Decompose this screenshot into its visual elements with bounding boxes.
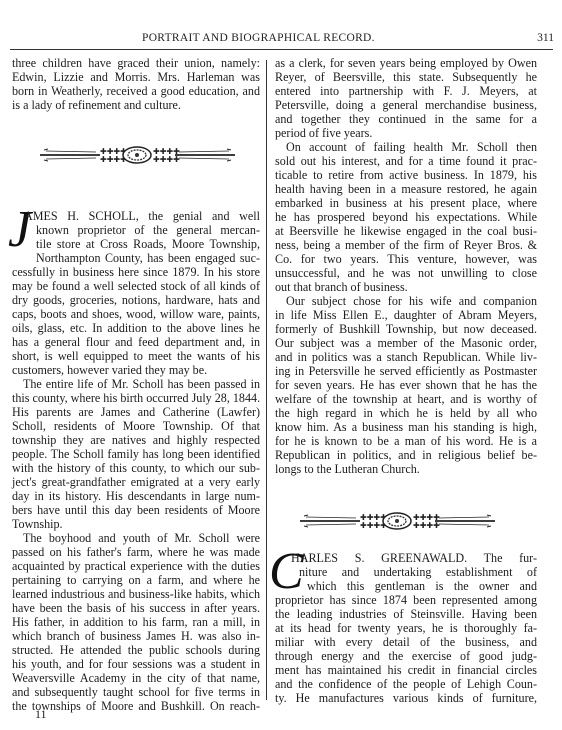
- text-line: know him. As a business man his standing…: [275, 420, 537, 434]
- text-line: he has prospered beyond his expectations…: [275, 210, 537, 224]
- text-line: in life Miss Ellen E., daughter of Abram…: [275, 308, 537, 322]
- text-line: ty. He manufactures various kinds of fur…: [275, 691, 537, 705]
- header-rule: [10, 49, 553, 50]
- text-line: at its head for twenty years, he is thor…: [275, 621, 537, 635]
- text-line: Township.: [12, 517, 260, 531]
- column-divider: [266, 60, 267, 700]
- text-line: niture and undertaking establishment of: [275, 565, 537, 579]
- text-line: health having been in a measure restored…: [275, 182, 537, 196]
- text-line: The boyhood and youth of Mr. Scholl were: [12, 531, 260, 545]
- text-line: His father, in addition to his farm, ran…: [12, 615, 260, 629]
- text-line: and in politics was a stanch Republican.…: [275, 350, 537, 364]
- text-line: acquainted by practical experience with …: [12, 559, 260, 573]
- running-title: PORTRAIT AND BIOGRAPHICAL RECORD.: [142, 32, 375, 44]
- text-line: structed. He attended the public schools…: [12, 643, 260, 657]
- text-line: customers, however varied they may be.: [12, 363, 260, 377]
- text-line: unsuccessful, and he was not unwilling t…: [275, 266, 537, 280]
- text-line: the leading industries of Steinsville. H…: [275, 607, 537, 621]
- text-line: Our subject chose for his wife and compa…: [275, 294, 537, 308]
- text-line: short, is well equipped to meet the want…: [12, 349, 260, 363]
- text-line: sold out his interest, and for a time fo…: [275, 154, 537, 168]
- text-line: On account of failing health Mr. Scholl …: [275, 140, 537, 154]
- text-line: through energy and the exercise of good …: [275, 649, 537, 663]
- text-line: which this gentleman is the owner and: [275, 579, 537, 593]
- text-line: Scholl, residents of Moore Township. Of …: [12, 419, 260, 433]
- text-line: Edwin, Lizzie and Morris. Mrs. Harleman …: [12, 70, 260, 84]
- text-line: his youth, and for four sessions was a s…: [12, 657, 260, 671]
- text-line: learned industrious and business-like ha…: [12, 587, 260, 601]
- text-line: Reyer, of Beersville, this state. Subseq…: [275, 70, 537, 84]
- text-line: Our subject was a member of the Masonic …: [275, 336, 537, 350]
- ornamental-divider-icon: ✚✚✚✚ ✚✚✚✚ ✚✚✚✚ ✚✚✚✚: [40, 145, 235, 165]
- text-line: born in Weatherly, received a good educa…: [12, 84, 260, 98]
- text-line: His parents are James and Catherine (Law…: [12, 405, 260, 419]
- text-line: people. The Scholl family has long been …: [12, 447, 260, 461]
- text-line: and subsequently taught school for five …: [12, 685, 260, 699]
- text-line: Weaversville Academy in the city of that…: [12, 671, 260, 685]
- text-line: proprietor has since 1874 been represent…: [275, 593, 537, 607]
- text-line: is a lady of refinement and culture.: [12, 98, 260, 112]
- text-line: known proprietor of the general mercan-: [12, 223, 260, 237]
- text-line: and together they continued in the same …: [275, 112, 537, 126]
- text-line: for seven years. He has ever shown that …: [275, 378, 537, 392]
- text-line: embarked in business at his present plac…: [275, 196, 537, 210]
- text-line: caps, boots and shoes, wood, willow ware…: [12, 307, 260, 321]
- text-line: oils, glass, etc. In addition to the abo…: [12, 321, 260, 335]
- text-line: The entire life of Mr. Scholl has been p…: [12, 377, 260, 391]
- text-line: Northampton County, has been engaged suc…: [12, 251, 260, 265]
- text-line: as a clerk, for seven years being employ…: [275, 56, 537, 70]
- signature-mark: 11: [35, 707, 47, 722]
- text-line: cessfully in business here since 1879. I…: [12, 265, 260, 279]
- bio-heading-line: AMES H. SCHOLL, the genial and well: [12, 209, 260, 223]
- text-line: passed on his father's farm, where he wa…: [12, 545, 260, 559]
- text-line: this county, where his birth occurred Ju…: [12, 391, 260, 405]
- text-line: out that branch of business.: [275, 280, 537, 294]
- text-line: dry goods, groceries, notions, hardware,…: [12, 293, 260, 307]
- text-line: formerly of Bushkill Township, but now d…: [275, 322, 537, 336]
- svg-text:✚✚✚✚: ✚✚✚✚: [413, 521, 440, 530]
- text-line: period of five years.: [275, 126, 537, 140]
- text-line: which branch of business James H. was al…: [12, 629, 260, 643]
- page-number: 311: [537, 32, 554, 44]
- text-line: have been the basis of his success in af…: [12, 601, 260, 615]
- text-line: Co. for two years. This venture, however…: [275, 252, 537, 266]
- text-line: ment has maintained his credit in financ…: [275, 663, 537, 677]
- text-line: pertaining to carrying on a farm, and wh…: [12, 573, 260, 587]
- text-line: township they are natives and highly res…: [12, 433, 260, 447]
- text-line: with the history of this county, to whic…: [12, 461, 260, 475]
- ornamental-divider-icon: ✚✚✚✚ ✚✚✚✚ ✚✚✚✚ ✚✚✚✚: [300, 511, 495, 531]
- text-line: ing in Petersville he served efficiently…: [275, 364, 537, 378]
- text-line: Republican in politics, and in religious…: [275, 448, 537, 462]
- text-line: day in its history. His descendants in l…: [12, 489, 260, 503]
- running-header: PORTRAIT AND BIOGRAPHICAL RECORD. 311: [10, 24, 554, 54]
- text-line: ness, being a member of the firm of Reye…: [275, 238, 537, 252]
- text-line: three children have graced their union, …: [12, 56, 260, 70]
- text-line: entered into partnership with F. J. Meye…: [275, 84, 537, 98]
- text-line: welfare of the township at heart, and is…: [275, 392, 537, 406]
- text-line: for he is known to be a man of his word.…: [275, 434, 537, 448]
- text-line: Petersville, doing a general merchandise…: [275, 98, 537, 112]
- text-line: at Beersville he likewise engaged in the…: [275, 224, 537, 238]
- svg-text:✚✚✚✚: ✚✚✚✚: [153, 155, 180, 164]
- text-line: longs to the Lutheran Church.: [275, 462, 537, 476]
- text-line: and the confidence of the people of Lehi…: [275, 677, 537, 691]
- text-line: the townships of Moore and Bushkill. On …: [12, 699, 260, 713]
- text-line: miliar with every detail of the business…: [275, 635, 537, 649]
- bio-heading-line: HARLES S. GREENAWALD. The fur-: [275, 551, 537, 565]
- text-line: has a general flour and feed department …: [12, 335, 260, 349]
- text-line: ticable to retire from active business. …: [275, 168, 537, 182]
- text-line: may be found a well selected stock of al…: [12, 279, 260, 293]
- text-line: tile store at Cross Roads, Moore Townshi…: [12, 237, 260, 251]
- text-line: ject's great-grandfather emigrated at a …: [12, 475, 260, 489]
- text-line: the high regard in which he is held by a…: [275, 406, 537, 420]
- text-line: bers have until this day been residents …: [12, 503, 260, 517]
